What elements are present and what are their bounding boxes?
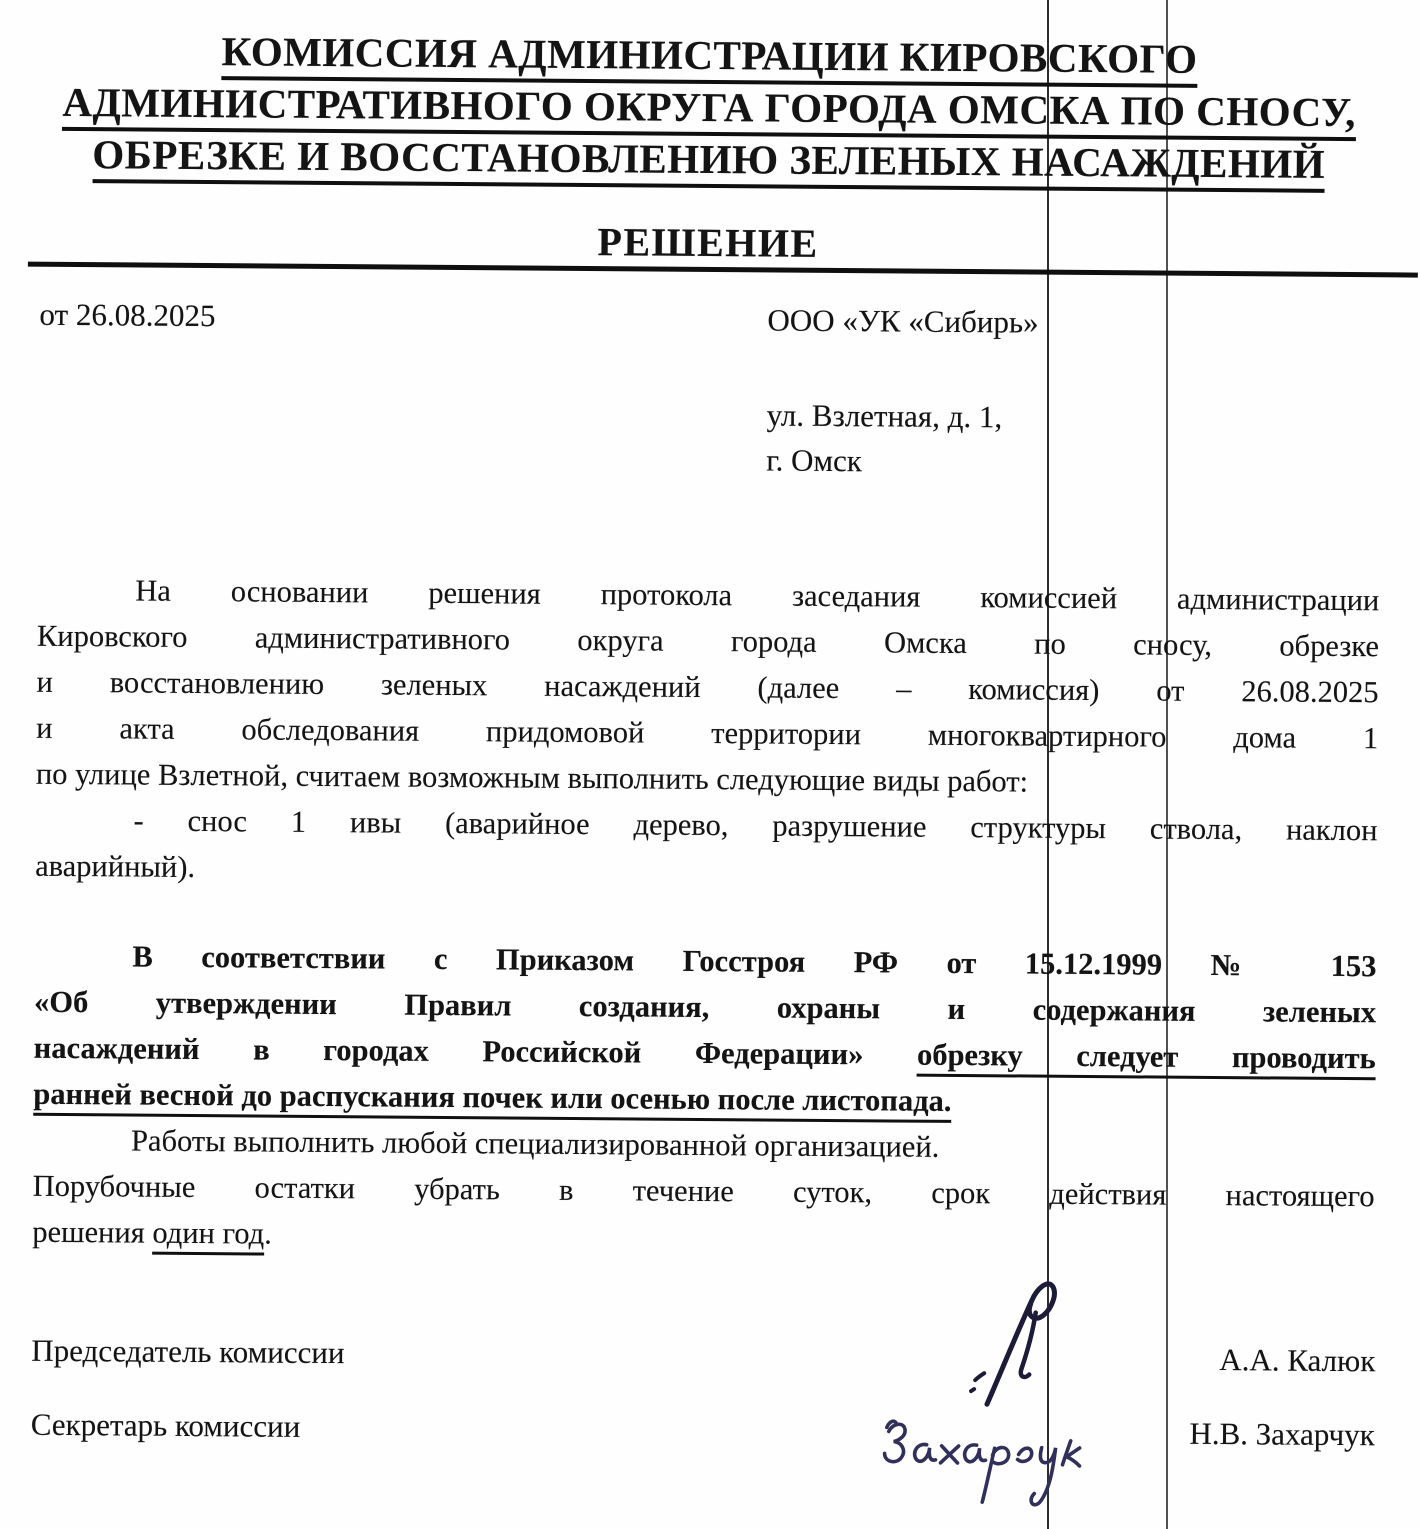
signatory-name: А.А. Калюк bbox=[1219, 1342, 1375, 1379]
signatory-name: Н.В. Захарчук bbox=[1189, 1416, 1375, 1453]
document-page: КОМИССИЯ АДМИНИСТРАЦИИ КИРОВСКОГО АДМИНИ… bbox=[0, 0, 1420, 1529]
scanned-content: КОМИССИЯ АДМИНИСТРАЦИИ КИРОВСКОГО АДМИНИ… bbox=[0, 0, 1420, 1529]
handwritten-signature-secretary bbox=[878, 1401, 1119, 1513]
title-line-text: ОБРЕЗКЕ И ВОССТАНОВЛЕНИЮ ЗЕЛЕНЫХ НАСАЖДЕ… bbox=[92, 131, 1325, 193]
handwritten-signature-chairman bbox=[969, 1270, 1085, 1421]
title-line: ОБРЕЗКЕ И ВОССТАНОВЛЕНИЮ ЗЕЛЕНЫХ НАСАЖДЕ… bbox=[0, 128, 1419, 190]
underlined-text-segment: ранней весной до распускания почек или о… bbox=[33, 1077, 951, 1123]
addressee-organization: ООО «УК «Сибирь» bbox=[767, 302, 1038, 340]
underlined-text-segment: один год bbox=[152, 1216, 264, 1256]
decision-date: от 26.08.2025 bbox=[39, 297, 215, 334]
paragraph-regulation-bold: В соответствии с Приказом Госстроя РФ от… bbox=[33, 933, 1376, 1128]
text-segment: решения bbox=[32, 1215, 152, 1250]
paragraph-basis: На основании решения протокола заседания… bbox=[35, 567, 1379, 900]
addressee-city: г. Омск bbox=[766, 442, 862, 479]
text-segment: насаждений в городах Российской Федераци… bbox=[34, 1031, 918, 1072]
signatory-role: Секретарь комиссии bbox=[31, 1407, 301, 1445]
signature-row-chairman: Председатель комиссии А.А. Калюк bbox=[31, 1333, 1375, 1380]
document-title: КОМИССИЯ АДМИНИСТРАЦИИ КИРОВСКОГО АДМИНИ… bbox=[0, 24, 1420, 191]
paragraph-execution: Работы выполнить любой специализированно… bbox=[32, 1117, 1375, 1266]
addressee-street: ул. Взлетная, д. 1, bbox=[767, 397, 1003, 435]
signature-row-secretary: Секретарь комиссии Н.В. Захарчук bbox=[31, 1407, 1375, 1454]
text-segment: . bbox=[264, 1217, 272, 1251]
underlined-text-segment: обрезку следует проводить bbox=[917, 1038, 1376, 1081]
signatory-role: Председатель комиссии bbox=[31, 1333, 344, 1371]
